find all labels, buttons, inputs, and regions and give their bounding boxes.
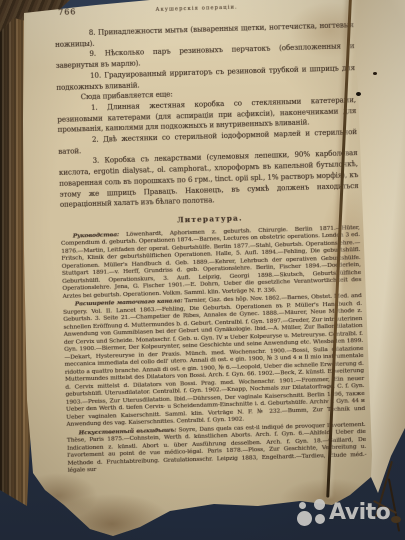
logo-dot — [314, 499, 325, 510]
literature-paragraph-dilation: Расширеніе маточнаго канала: Tarnier, Ga… — [63, 292, 366, 429]
running-header: Акушерскія операціи. — [54, 2, 339, 16]
binding-fragment — [391, 516, 401, 523]
literature-label: Руководства: — [73, 231, 119, 239]
literature-text: Tarnier, Gaz. des hôp. Nov. 1862.—Barnes… — [63, 293, 365, 428]
literature-paragraph-guides: Руководства: Löwenhardt, Aphorismen z. g… — [61, 224, 362, 301]
page-print: 766 Акушерскія операціи. 8. Принадлежнос… — [54, 0, 367, 476]
list-item-3: 3. Коробка съ лекарствами (сулемовыя леп… — [58, 149, 358, 211]
logo-dot — [299, 502, 306, 509]
page-header: 766 Акушерскія операціи. — [54, 0, 353, 19]
worm-hole — [373, 72, 377, 75]
body-text: 8. Принадлежности мытья (вываренныя щетк… — [55, 20, 359, 211]
avito-logo-icon — [296, 498, 329, 528]
literature-section: Руководства: Löwenhardt, Aphorismen z. g… — [61, 224, 367, 476]
avito-wordmark: Avito — [329, 498, 390, 528]
avito-watermark: Avito — [296, 498, 390, 528]
logo-dot — [315, 514, 325, 524]
worm-hole — [356, 92, 361, 96]
book-photo-listing: 766 Акушерскія операціи. 8. Принадлежнос… — [0, 0, 405, 540]
logo-dot — [297, 511, 312, 526]
literature-paragraph-abortion: Искусственный выкидышъ: Soyre, Dans quel… — [67, 421, 367, 476]
